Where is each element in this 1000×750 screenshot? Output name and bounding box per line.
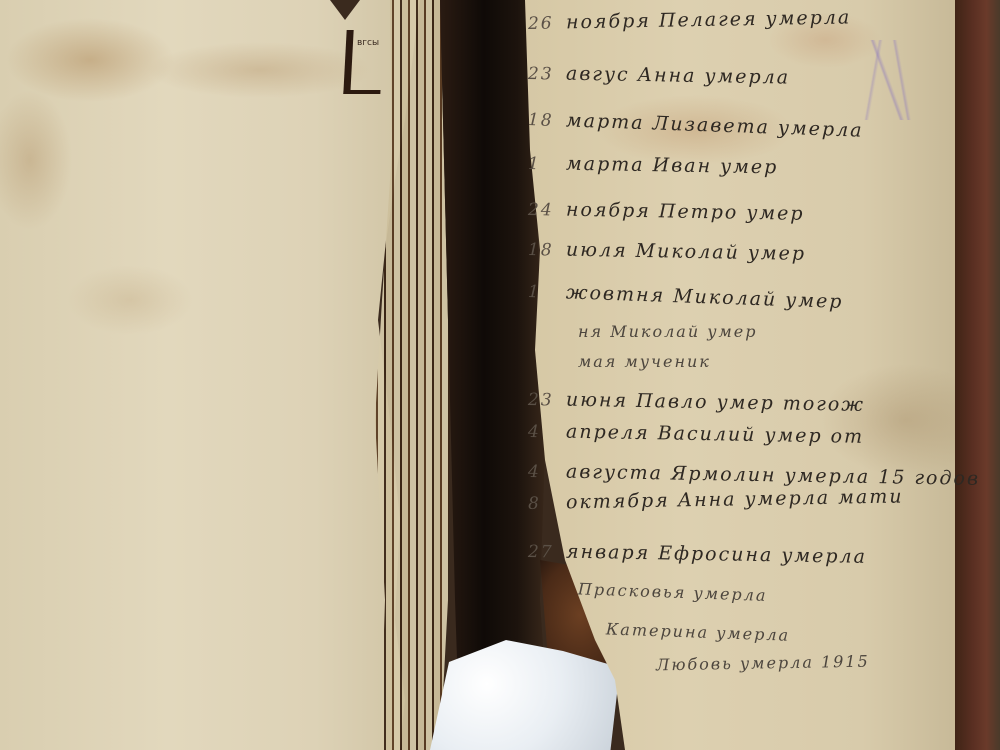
entry-day <box>618 670 656 671</box>
register-entry: Катерина умерла <box>568 618 791 645</box>
register-entry: 8октября Анна умерла мати <box>528 485 904 514</box>
entry-day: 24 <box>528 200 566 221</box>
register-entry: 1жовтня Миколай умер <box>528 280 844 313</box>
register-entry: 26ноября Пелагея умерла <box>528 6 852 34</box>
entry-day: 1 <box>528 154 566 175</box>
register-entry: Прасковья умерла <box>540 578 768 605</box>
entry-text: мая мученик <box>578 352 711 371</box>
entry-text: марта Лизавета умерла <box>566 109 864 141</box>
entry-day: 18 <box>528 110 567 131</box>
entry-day: 23 <box>528 64 566 85</box>
entry-day <box>540 593 578 594</box>
register-entry: Любовь умерла 1915 <box>618 652 870 675</box>
register-entry: 24ноября Петро умер <box>528 198 805 225</box>
register-entry: 27января Ефросина умерла <box>528 540 867 568</box>
register-entry: 4апреля Василий умер от <box>528 420 864 448</box>
entry-text: июня Павло умер тогож <box>566 389 865 416</box>
handwritten-register: 26ноября Пелагея умерла23авгус Анна умер… <box>528 0 968 750</box>
entry-text: апреля Василий умер от <box>566 421 864 448</box>
entry-day: 23 <box>528 390 566 411</box>
entry-day: 27 <box>528 542 566 563</box>
entry-text: января Ефросина умерла <box>566 541 867 568</box>
register-entry: 23авгус Анна умерла <box>528 62 790 89</box>
entry-text: марта Иван умер <box>566 153 779 179</box>
register-entry: 18марта Лизавета умерла <box>528 108 864 142</box>
entry-day: 1 <box>528 282 567 303</box>
register-entry: ня Миколай умер <box>540 322 757 341</box>
register-entry: 1марта Иван умер <box>528 152 779 178</box>
register-entry: 4августа Ярмолин умерла 15 годов <box>528 460 980 490</box>
entry-text: ня Миколай умер <box>578 322 757 341</box>
entry-text: авгус Анна умерла <box>566 63 790 89</box>
entry-text: ноября Пелагея умерла <box>566 6 852 33</box>
entry-text: ноября Петро умер <box>566 199 805 225</box>
entry-day: 4 <box>528 462 566 483</box>
left-page <box>0 0 420 750</box>
entry-text: жовтня Миколай умер <box>566 281 844 313</box>
entry-day: 26 <box>528 13 566 34</box>
register-entry: 23июня Павло умер тогож <box>528 388 865 416</box>
entry-text: августа Ярмолин умерла 15 годов <box>566 461 980 490</box>
entry-text: июля Миколай умер <box>566 239 806 265</box>
register-entry: 18июля Миколай умер <box>528 238 806 265</box>
entry-text: Любовь умерла 1915 <box>656 652 870 675</box>
entry-text: Прасковья умерла <box>578 579 768 605</box>
book-photo: вгсы 26ноября Пелагея умерла23авгус Анна… <box>0 0 1000 750</box>
entry-day <box>568 633 606 634</box>
entry-day: 8 <box>528 493 566 514</box>
entry-day: 4 <box>528 422 566 443</box>
entry-text: октября Анна умерла мати <box>566 485 904 513</box>
entry-text: Катерина умерла <box>606 619 791 644</box>
register-entry: мая мученик <box>540 352 711 371</box>
left-page-stamp: вгсы <box>357 38 379 48</box>
entry-day: 18 <box>528 240 566 261</box>
